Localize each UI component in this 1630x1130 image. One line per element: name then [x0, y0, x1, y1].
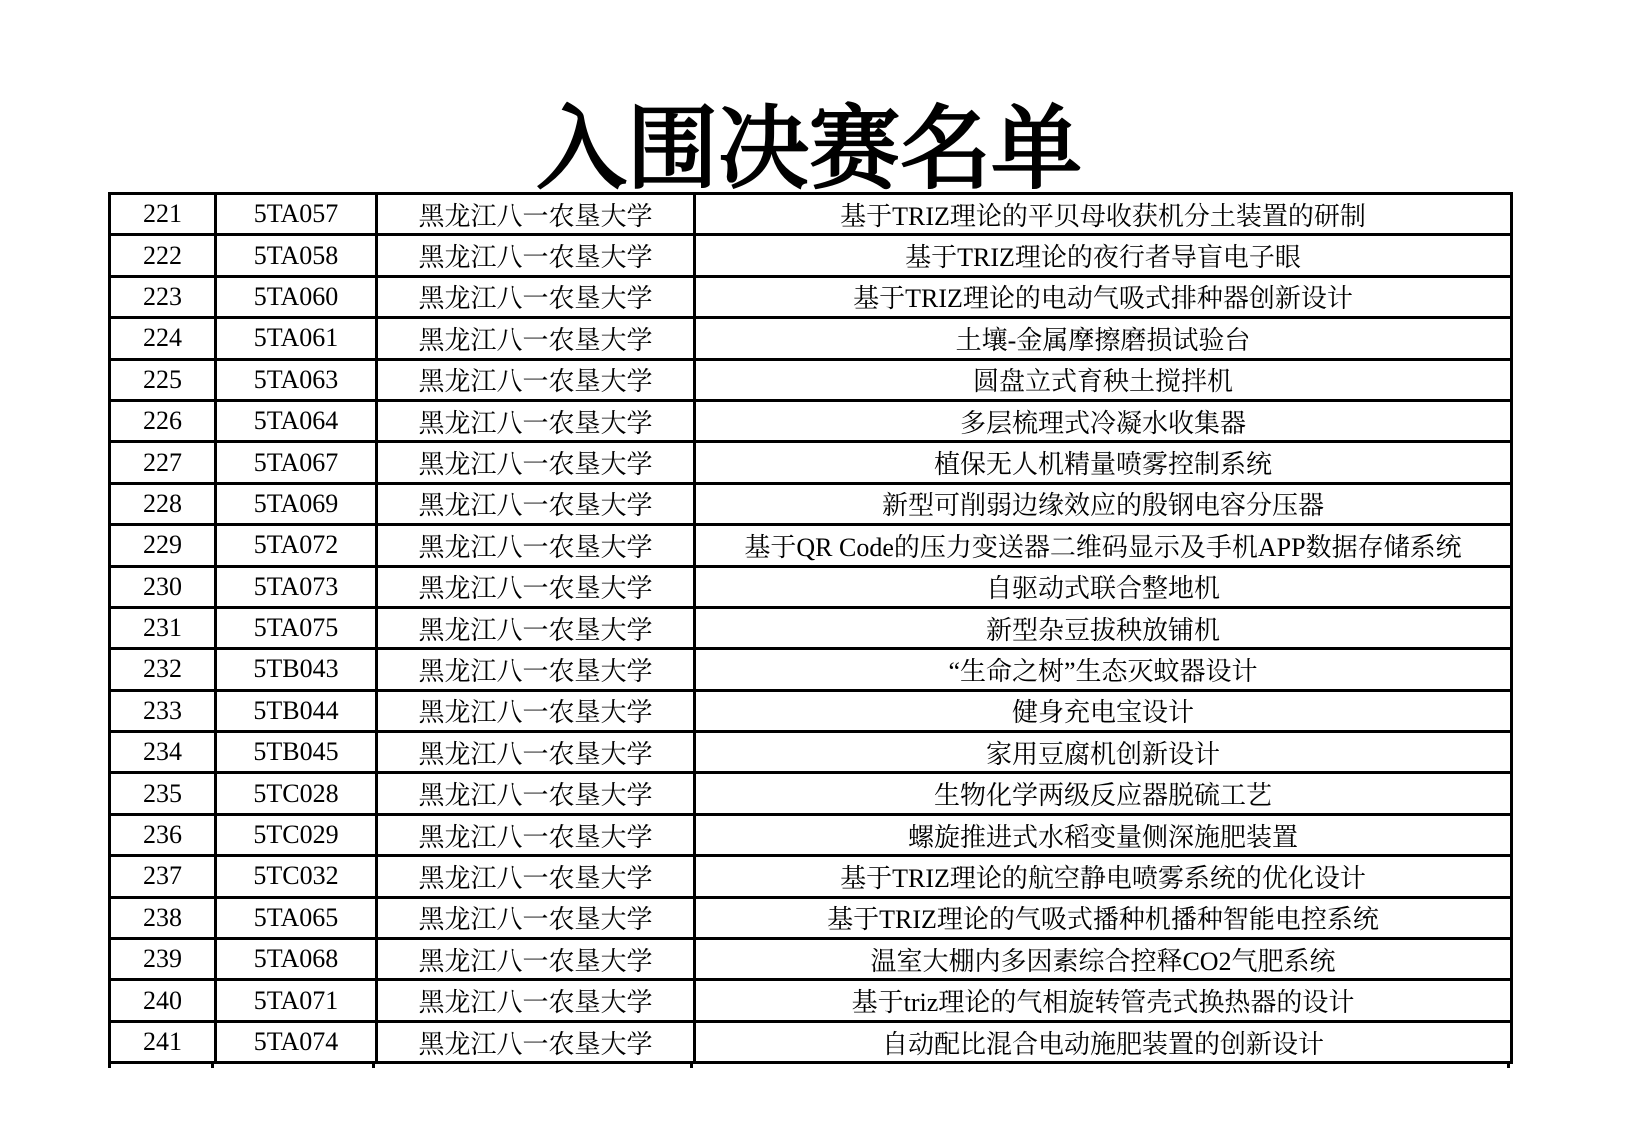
university-cell: 黑龙江八一农垦大学 [377, 856, 695, 897]
entry-code-cell: 5TB045 [216, 732, 377, 773]
university-cell: 黑龙江八一农垦大学 [377, 442, 695, 483]
cutoff-row-rule-2 [372, 1063, 375, 1068]
table-row: 2225TA058黑龙江八一农垦大学基于TRIZ理论的夜行者导盲电子眼 [110, 235, 1512, 276]
entry-code-cell: 5TA074 [216, 1021, 377, 1062]
university-cell: 黑龙江八一农垦大学 [377, 897, 695, 938]
project-title-cell: 基于TRIZ理论的平贝母收获机分土装置的研制 [695, 194, 1512, 235]
finalist-table: 2215TA057黑龙江八一农垦大学基于TRIZ理论的平贝母收获机分土装置的研制… [108, 192, 1513, 1064]
row-number-cell: 238 [110, 897, 216, 938]
university-cell: 黑龙江八一农垦大学 [377, 690, 695, 731]
university-cell: 黑龙江八一农垦大学 [377, 235, 695, 276]
project-title-cell: 家用豆腐机创新设计 [695, 732, 1512, 773]
row-number-cell: 224 [110, 318, 216, 359]
project-title-cell: 基于triz理论的气相旋转管壳式换热器的设计 [695, 980, 1512, 1021]
entry-code-cell: 5TB043 [216, 649, 377, 690]
university-cell: 黑龙江八一农垦大学 [377, 566, 695, 607]
table-row: 2365TC029黑龙江八一农垦大学螺旋推进式水稻变量侧深施肥装置 [110, 814, 1512, 855]
cutoff-row-rule-left [108, 1063, 111, 1068]
row-number-cell: 222 [110, 235, 216, 276]
table-row: 2395TA068黑龙江八一农垦大学温室大棚内多因素综合控释CO2气肥系统 [110, 939, 1512, 980]
entry-code-cell: 5TA061 [216, 318, 377, 359]
university-cell: 黑龙江八一农垦大学 [377, 483, 695, 524]
entry-code-cell: 5TA069 [216, 483, 377, 524]
entry-code-cell: 5TB044 [216, 690, 377, 731]
row-number-cell: 227 [110, 442, 216, 483]
row-number-cell: 226 [110, 400, 216, 441]
entry-code-cell: 5TA058 [216, 235, 377, 276]
university-cell: 黑龙江八一农垦大学 [377, 607, 695, 648]
university-cell: 黑龙江八一农垦大学 [377, 939, 695, 980]
row-number-cell: 221 [110, 194, 216, 235]
table-row: 2415TA074黑龙江八一农垦大学自动配比混合电动施肥装置的创新设计 [110, 1021, 1512, 1062]
table-row: 2325TB043黑龙江八一农垦大学“生命之树”生态灭蚊器设计 [110, 649, 1512, 690]
entry-code-cell: 5TC028 [216, 773, 377, 814]
entry-code-cell: 5TA072 [216, 525, 377, 566]
entry-code-cell: 5TA068 [216, 939, 377, 980]
table-row: 2305TA073黑龙江八一农垦大学自驱动式联合整地机 [110, 566, 1512, 607]
project-title-cell: 多层梳理式冷凝水收集器 [695, 400, 1512, 441]
row-number-cell: 233 [110, 690, 216, 731]
entry-code-cell: 5TC029 [216, 814, 377, 855]
project-title-cell: 基于TRIZ理论的夜行者导盲电子眼 [695, 235, 1512, 276]
table-row: 2295TA072黑龙江八一农垦大学基于QR Code的压力变送器二维码显示及手… [110, 525, 1512, 566]
project-title-cell: 新型可削弱边缘效应的殷钢电容分压器 [695, 483, 1512, 524]
table-row: 2345TB045黑龙江八一农垦大学家用豆腐机创新设计 [110, 732, 1512, 773]
table-row: 2265TA064黑龙江八一农垦大学多层梳理式冷凝水收集器 [110, 400, 1512, 441]
table-row: 2255TA063黑龙江八一农垦大学圆盘立式育秧土搅拌机 [110, 359, 1512, 400]
project-title-cell: 基于QR Code的压力变送器二维码显示及手机APP数据存储系统 [695, 525, 1512, 566]
entry-code-cell: 5TA065 [216, 897, 377, 938]
finalist-table-body: 2215TA057黑龙江八一农垦大学基于TRIZ理论的平贝母收获机分土装置的研制… [110, 194, 1512, 1063]
project-title-cell: 土壤-金属摩擦磨损试验台 [695, 318, 1512, 359]
page-title: 入围决赛名单 [108, 97, 1510, 202]
table-row: 2275TA067黑龙江八一农垦大学植保无人机精量喷雾控制系统 [110, 442, 1512, 483]
project-title-cell: 基于TRIZ理论的航空静电喷雾系统的优化设计 [695, 856, 1512, 897]
table-row: 2285TA069黑龙江八一农垦大学新型可削弱边缘效应的殷钢电容分压器 [110, 483, 1512, 524]
row-number-cell: 232 [110, 649, 216, 690]
entry-code-cell: 5TA071 [216, 980, 377, 1021]
table-row: 2235TA060黑龙江八一农垦大学基于TRIZ理论的电动气吸式排种器创新设计 [110, 276, 1512, 317]
table-row: 2375TC032黑龙江八一农垦大学基于TRIZ理论的航空静电喷雾系统的优化设计 [110, 856, 1512, 897]
table-row: 2405TA071黑龙江八一农垦大学基于triz理论的气相旋转管壳式换热器的设计 [110, 980, 1512, 1021]
university-cell: 黑龙江八一农垦大学 [377, 1021, 695, 1062]
university-cell: 黑龙江八一农垦大学 [377, 773, 695, 814]
university-cell: 黑龙江八一农垦大学 [377, 814, 695, 855]
entry-code-cell: 5TA063 [216, 359, 377, 400]
table-row: 2315TA075黑龙江八一农垦大学新型杂豆拔秧放铺机 [110, 607, 1512, 648]
project-title-cell: 植保无人机精量喷雾控制系统 [695, 442, 1512, 483]
row-number-cell: 237 [110, 856, 216, 897]
entry-code-cell: 5TA075 [216, 607, 377, 648]
university-cell: 黑龙江八一农垦大学 [377, 194, 695, 235]
cutoff-row-rule-3 [690, 1063, 693, 1068]
project-title-cell: 自驱动式联合整地机 [695, 566, 1512, 607]
university-cell: 黑龙江八一农垦大学 [377, 525, 695, 566]
table-row: 2335TB044黑龙江八一农垦大学健身充电宝设计 [110, 690, 1512, 731]
table-row: 2245TA061黑龙江八一农垦大学土壤-金属摩擦磨损试验台 [110, 318, 1512, 359]
table-row: 2385TA065黑龙江八一农垦大学基于TRIZ理论的气吸式播种机播种智能电控系… [110, 897, 1512, 938]
entry-code-cell: 5TA073 [216, 566, 377, 607]
row-number-cell: 236 [110, 814, 216, 855]
project-title-cell: 新型杂豆拔秧放铺机 [695, 607, 1512, 648]
project-title-cell: 基于TRIZ理论的电动气吸式排种器创新设计 [695, 276, 1512, 317]
row-number-cell: 240 [110, 980, 216, 1021]
table-row: 2355TC028黑龙江八一农垦大学生物化学两级反应器脱硫工艺 [110, 773, 1512, 814]
university-cell: 黑龙江八一农垦大学 [377, 359, 695, 400]
row-number-cell: 223 [110, 276, 216, 317]
university-cell: 黑龙江八一农垦大学 [377, 649, 695, 690]
cutoff-row-rule-right [1507, 1063, 1510, 1068]
project-title-cell: 生物化学两级反应器脱硫工艺 [695, 773, 1512, 814]
entry-code-cell: 5TA067 [216, 442, 377, 483]
university-cell: 黑龙江八一农垦大学 [377, 318, 695, 359]
row-number-cell: 230 [110, 566, 216, 607]
row-number-cell: 228 [110, 483, 216, 524]
entry-code-cell: 5TA057 [216, 194, 377, 235]
university-cell: 黑龙江八一农垦大学 [377, 276, 695, 317]
row-number-cell: 239 [110, 939, 216, 980]
project-title-cell: 螺旋推进式水稻变量侧深施肥装置 [695, 814, 1512, 855]
project-title-cell: “生命之树”生态灭蚊器设计 [695, 649, 1512, 690]
university-cell: 黑龙江八一农垦大学 [377, 732, 695, 773]
project-title-cell: 温室大棚内多因素综合控释CO2气肥系统 [695, 939, 1512, 980]
row-number-cell: 231 [110, 607, 216, 648]
project-title-cell: 健身充电宝设计 [695, 690, 1512, 731]
row-number-cell: 229 [110, 525, 216, 566]
table-row: 2215TA057黑龙江八一农垦大学基于TRIZ理论的平贝母收获机分土装置的研制 [110, 194, 1512, 235]
university-cell: 黑龙江八一农垦大学 [377, 400, 695, 441]
project-title-cell: 自动配比混合电动施肥装置的创新设计 [695, 1021, 1512, 1062]
project-title-cell: 基于TRIZ理论的气吸式播种机播种智能电控系统 [695, 897, 1512, 938]
entry-code-cell: 5TA064 [216, 400, 377, 441]
cutoff-row-rule-1 [211, 1063, 214, 1068]
row-number-cell: 235 [110, 773, 216, 814]
row-number-cell: 234 [110, 732, 216, 773]
project-title-cell: 圆盘立式育秧土搅拌机 [695, 359, 1512, 400]
entry-code-cell: 5TA060 [216, 276, 377, 317]
row-number-cell: 225 [110, 359, 216, 400]
entry-code-cell: 5TC032 [216, 856, 377, 897]
university-cell: 黑龙江八一农垦大学 [377, 980, 695, 1021]
row-number-cell: 241 [110, 1021, 216, 1062]
